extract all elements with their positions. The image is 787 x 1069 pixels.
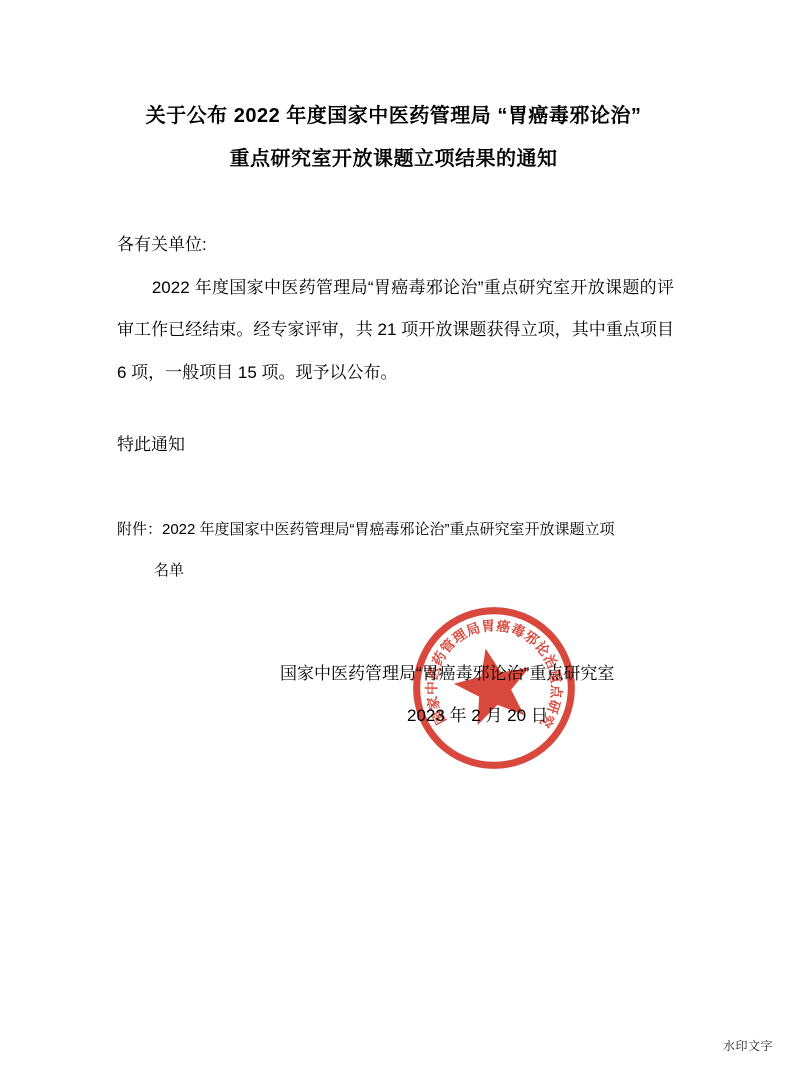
watermark-text: 水印文字	[723, 1037, 773, 1054]
notice-document-page: 关于公布 2022 年度国家中医药管理局 “胃癌毒邪论治” 重点研究室开放课题立…	[0, 0, 787, 1069]
salutation: 各有关单位:	[117, 224, 674, 267]
notice-title-line-2: 重点研究室开放课题立项结果的通知	[0, 138, 787, 181]
notice-title: 关于公布 2022 年度国家中医药管理局 “胃癌毒邪论治” 重点研究室开放课题立…	[0, 95, 787, 181]
attachment-line-1: 附件：2022 年度国家中医药管理局“胃癌毒邪论治”重点研究室开放课题立项	[117, 519, 615, 541]
seal-ring-icon	[417, 611, 572, 766]
attachment-line-2: 名单	[154, 560, 184, 582]
notice-body: 各有关单位: 2022 年度国家中医药管理局“胃癌毒邪论治”重点研究室开放课题的…	[117, 224, 674, 394]
official-red-seal: 国家中医药管理局胃癌毒邪论治重点研究室	[403, 597, 585, 779]
issue-date: 2023 年 2 月 20 日	[407, 704, 548, 728]
notice-title-line-1: 关于公布 2022 年度国家中医药管理局 “胃癌毒邪论治”	[0, 95, 787, 138]
seal-graphic: 国家中医药管理局胃癌毒邪论治重点研究室	[403, 597, 585, 779]
issuer-signature: 国家中医药管理局“胃癌毒邪论治”重点研究室	[280, 662, 614, 686]
closing-phrase: 特此通知	[117, 433, 185, 457]
body-paragraph: 2022 年度国家中医药管理局“胃癌毒邪论治”重点研究室开放课题的评审工作已经结…	[117, 267, 674, 395]
